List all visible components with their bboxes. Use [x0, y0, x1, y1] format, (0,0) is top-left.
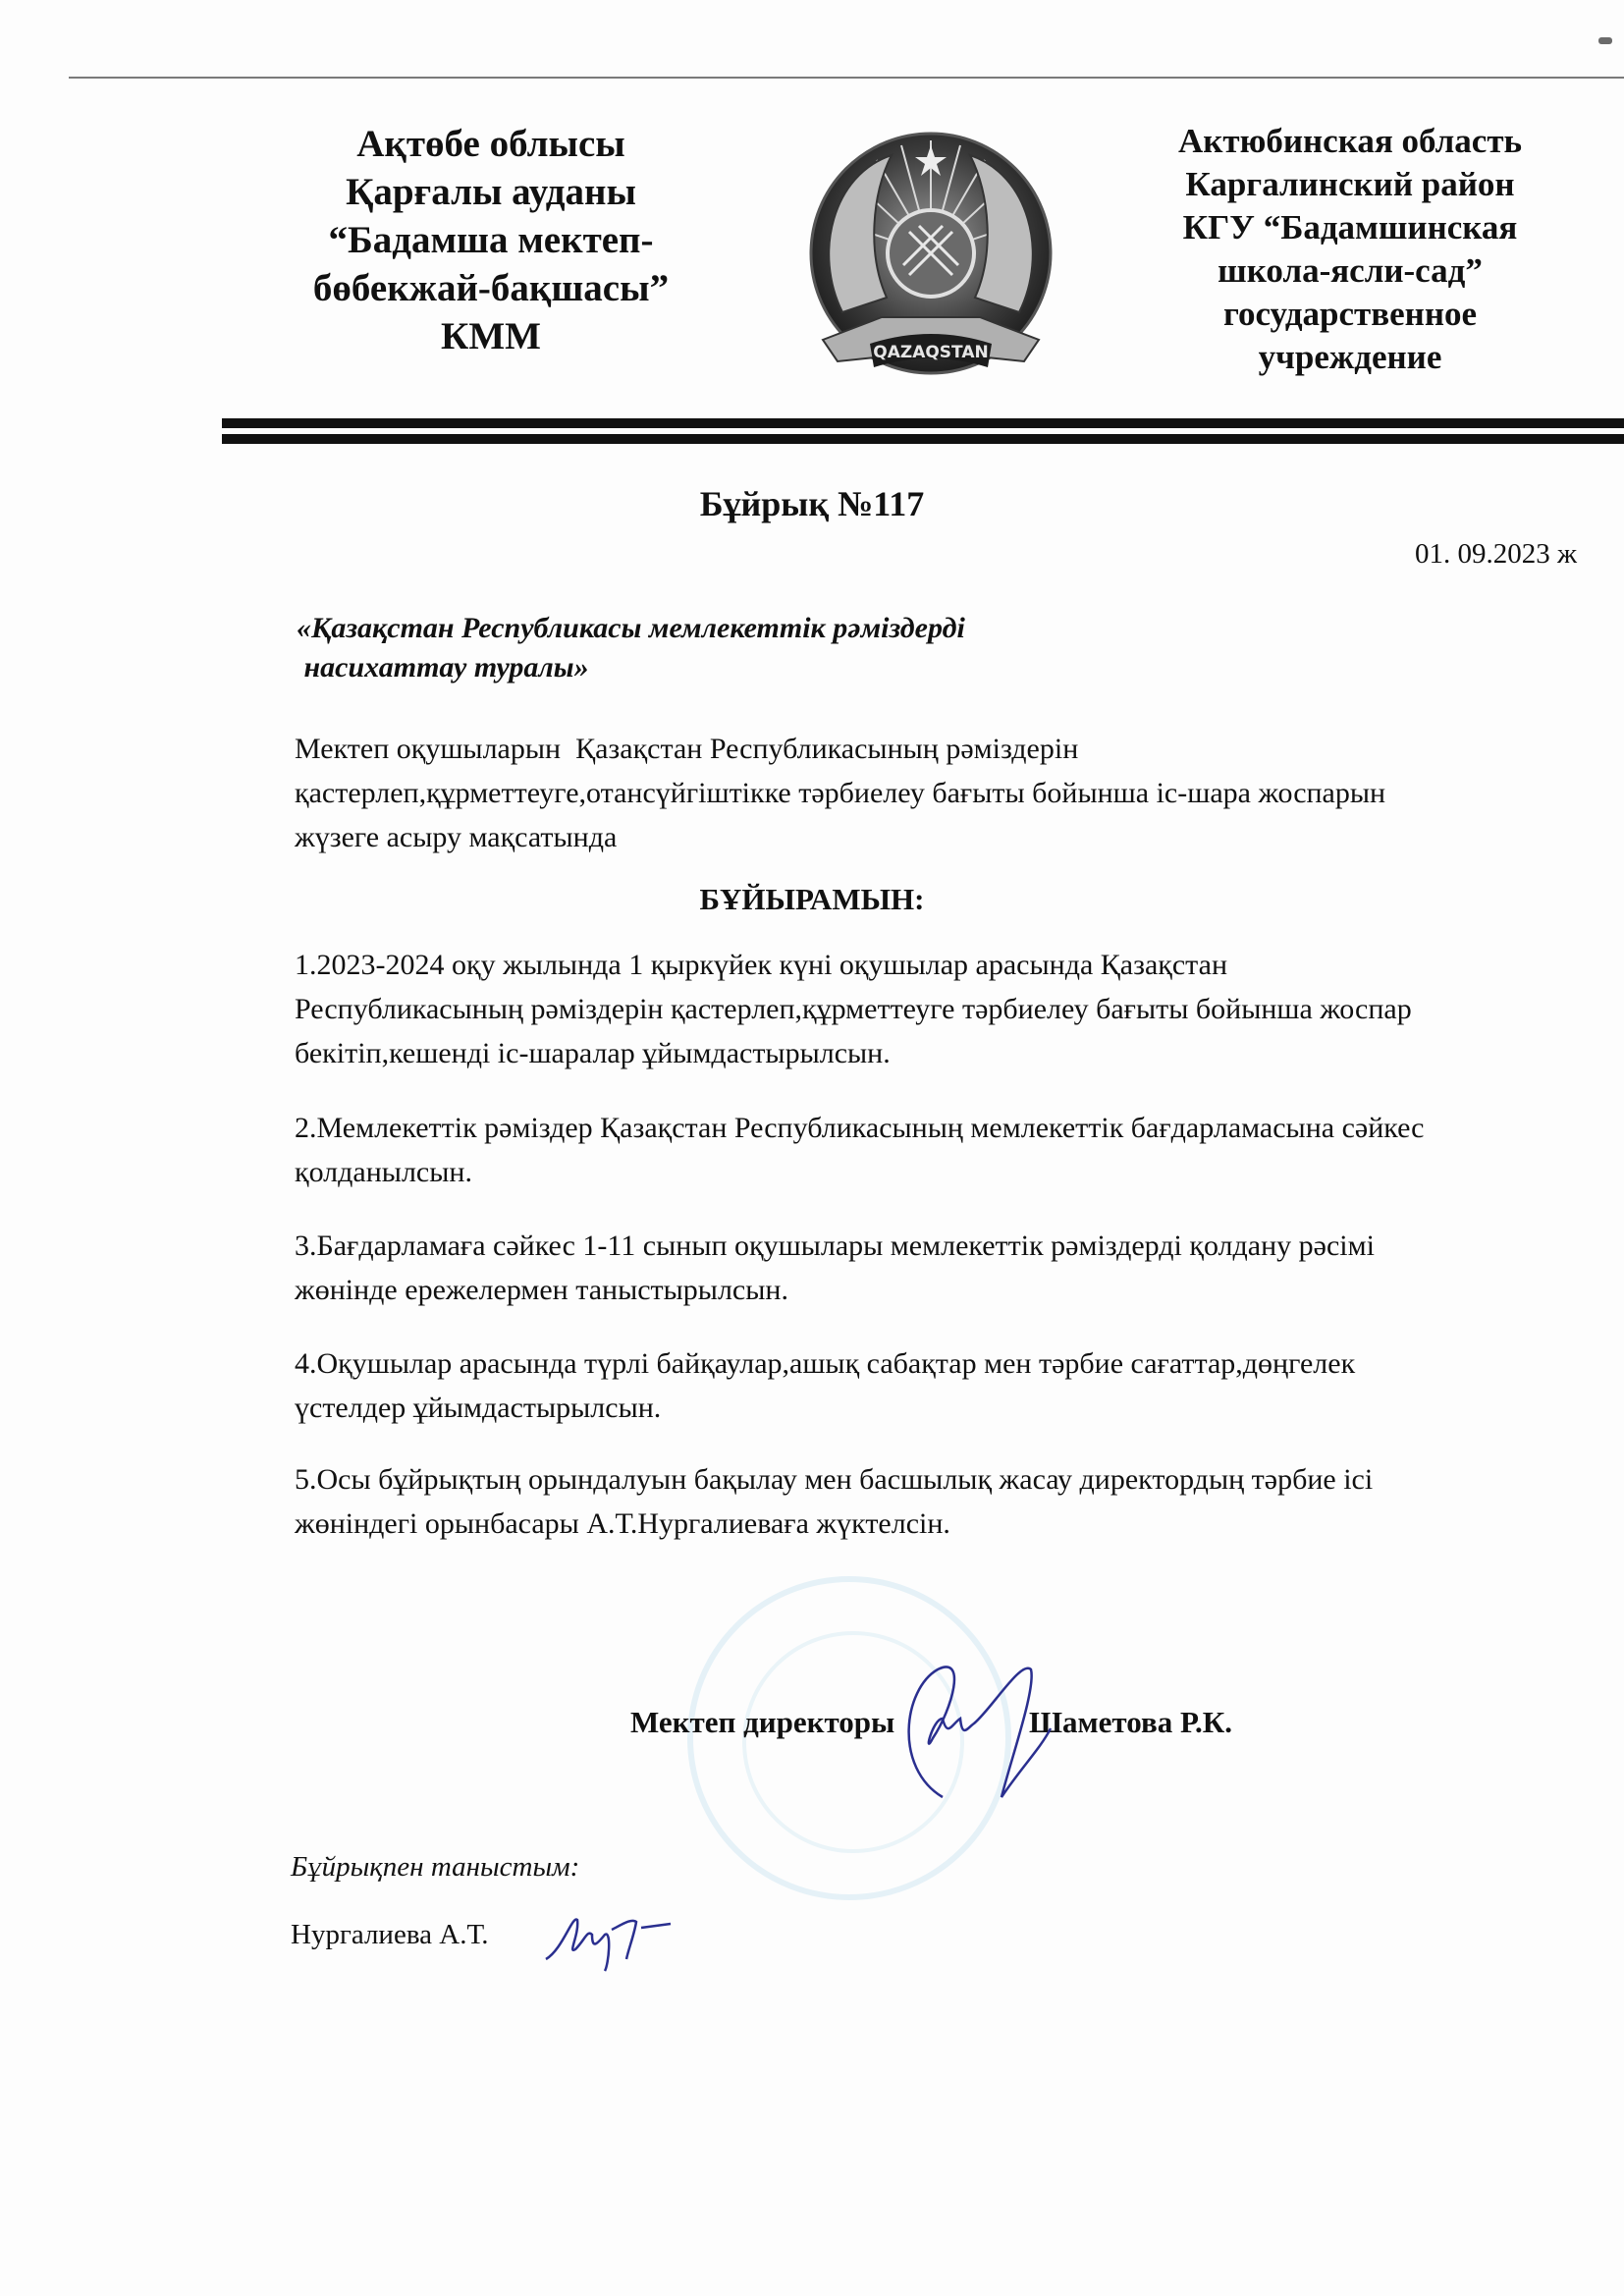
order-title: Бұйрық №117 — [0, 483, 1624, 524]
header-left-line: Ақтөбе облысы — [255, 120, 727, 168]
item-line: үстелдер ұйымдастырылсын. — [295, 1386, 1610, 1430]
signatory-position: Мектеп директоры — [630, 1705, 894, 1740]
scan-top-edge-line — [69, 77, 1624, 79]
item-line: бекітіп,кешенді іс-шаралар ұйымдастырылс… — [295, 1031, 1610, 1075]
item-line: қолданылсын. — [295, 1150, 1610, 1194]
order-item-4: 4.Оқушылар арасында түрлі байқаулар,ашық… — [295, 1341, 1610, 1430]
scan-mark — [1598, 37, 1612, 44]
header-right-line: Актюбинская область — [1139, 120, 1561, 163]
order-item-5: 5.Осы бұйрықтың орындалуын бақылау мен б… — [295, 1457, 1610, 1546]
acknowledgement-label: Бұйрықпен таныстым: — [291, 1851, 579, 1884]
item-line: 3.Бағдарламаға сәйкес 1-11 сынып оқушыла… — [295, 1224, 1610, 1268]
header-kazakh-institution: Ақтөбе облысы Қарғалы ауданы “Бадамша ме… — [255, 120, 727, 360]
item-line: 4.Оқушылар арасында түрлі байқаулар,ашық… — [295, 1341, 1610, 1386]
header-right-line: учреждение — [1139, 336, 1561, 379]
preamble-line: Мектеп оқушыларын Қазақстан Республикасы… — [295, 727, 1610, 771]
order-date: 01. 09.2023 ж — [1415, 538, 1577, 571]
header-russian-institution: Актюбинская область Каргалинский район К… — [1139, 120, 1561, 379]
item-line: 2.Мемлекеттік рәміздер Қазақстан Республ… — [295, 1106, 1610, 1150]
emblem-text: QAZAQSTAN — [873, 343, 988, 362]
item-line: жөнінде ережелермен таныстырылсын. — [295, 1268, 1610, 1312]
item-line: Республикасының рәміздерін қастерлеп,құр… — [295, 987, 1610, 1031]
preamble-line: жүзеге асыру мақсатында — [295, 815, 1610, 859]
header-right-line: школа-ясли-сад” — [1139, 249, 1561, 293]
order-item-3: 3.Бағдарламаға сәйкес 1-11 сынып оқушыла… — [295, 1224, 1610, 1312]
acknowledgement-name: Нургалиева А.Т. — [291, 1919, 489, 1951]
subject-line: «Қазақстан Республикасы мемлекеттік рәмі… — [297, 609, 1180, 648]
order-subject: «Қазақстан Республикасы мемлекеттік рәмі… — [297, 609, 1180, 687]
order-item-1: 1.2023-2024 оқу жылында 1 қыркүйек күні … — [295, 943, 1610, 1075]
header-divider-top — [222, 418, 1624, 428]
preamble-line: қастерлеп,құрметтеуге,отансүйгіштікке тә… — [295, 771, 1610, 815]
item-line: жөніндегі орынбасары А.Т.Нургалиеваға жү… — [295, 1502, 1610, 1546]
director-signature-icon — [884, 1650, 1080, 1807]
header-left-line: Қарғалы ауданы — [255, 168, 727, 216]
header-divider-bottom — [222, 434, 1624, 444]
header-left-line: “Бадамша мектеп- — [255, 216, 727, 264]
order-preamble: Мектеп оқушыларын Қазақстан Республикасы… — [295, 727, 1610, 859]
order-item-2: 2.Мемлекеттік рәміздер Қазақстан Республ… — [295, 1106, 1610, 1194]
header-left-line: бөбекжай-бақшасы” — [255, 264, 727, 312]
subject-line: насихаттау туралы» — [297, 648, 1180, 687]
order-command-heading: БҰЙЫРАМЫН: — [0, 882, 1624, 917]
deputy-signature-icon — [538, 1900, 685, 1979]
kazakhstan-state-emblem-icon: QAZAQSTAN — [784, 116, 1078, 401]
item-line: 5.Осы бұйрықтың орындалуын бақылау мен б… — [295, 1457, 1610, 1502]
header-right-line: КГУ “Бадамшинская — [1139, 206, 1561, 249]
header-right-line: Каргалинский район — [1139, 163, 1561, 206]
header-left-line: КММ — [255, 312, 727, 360]
header-right-line: государственное — [1139, 293, 1561, 336]
item-line: 1.2023-2024 оқу жылында 1 қыркүйек күні … — [295, 943, 1610, 987]
